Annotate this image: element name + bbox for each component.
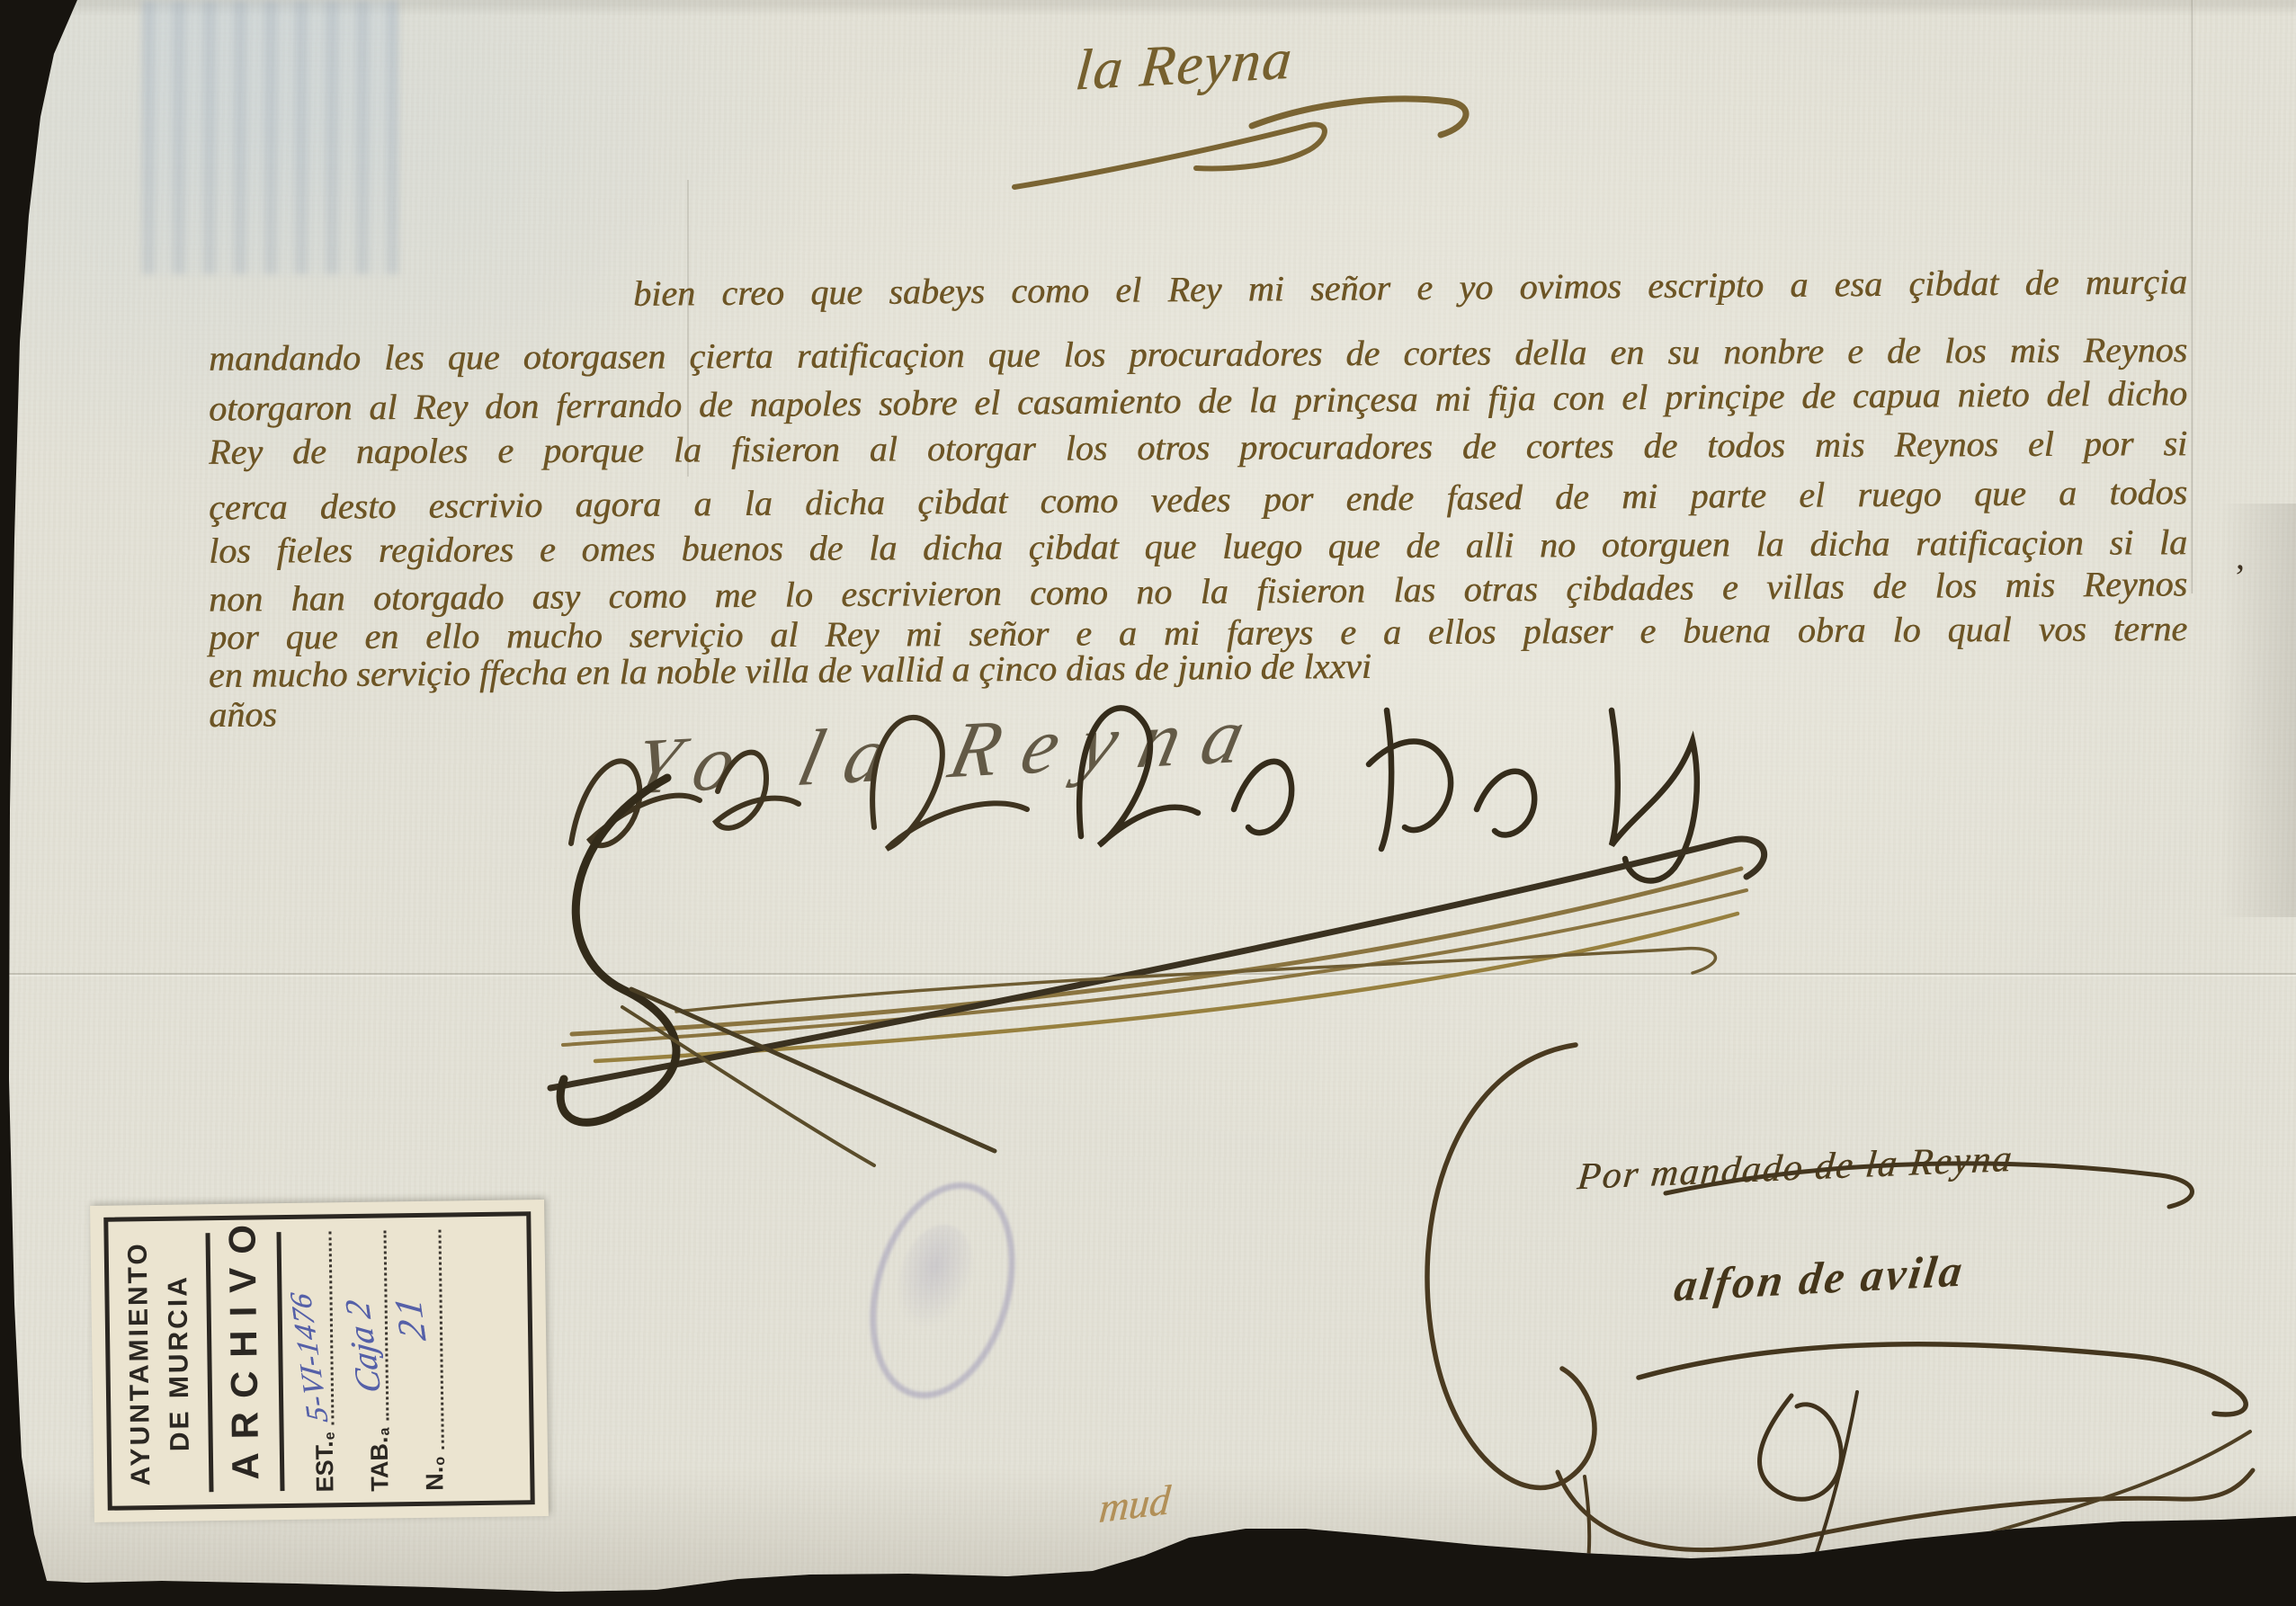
horizontal-fold-crease [0,973,2296,975]
archive-label-card: AYUNTAMIENTO DE MURCIA ARCHIVO EST.e 5-V… [90,1200,549,1522]
dotted-leader [438,1230,443,1450]
document-photo: la Reyna bien creo que sabeys como el Re… [0,0,2296,1606]
label-section-archivo: ARCHIVO [220,1230,267,1494]
archive-label-border: AYUNTAMIENTO DE MURCIA ARCHIVO EST.e 5-V… [103,1211,535,1511]
label-org-line2: DE MURCIA [162,1231,196,1494]
label-field-num-sup: o [433,1457,449,1466]
label-field-tab-caption: TAB. [366,1436,395,1491]
label-rule-bottom [276,1232,284,1491]
label-field-tab-sup: a [378,1427,394,1435]
label-field-num-caption: N. [421,1466,449,1490]
manuscript-paper: la Reyna bien creo que sabeys como el Re… [0,0,2296,1606]
handwritten-caja: Caja 2 [340,1299,388,1395]
label-field-est: EST.e 5-VI-1476 [308,1229,339,1492]
manuscript-line: mandando les que otorgasen çierta ratifi… [209,330,2187,379]
archive-ink-stamp-oval [846,1165,1039,1415]
secretary-rubric-flourishes [1367,1007,2296,1606]
manuscript-line: otorgaron al Rey don ferrando de napoles… [209,373,2187,428]
secretary-name-signature: alfon de avila [1672,1247,1967,1307]
handwritten-date: 5-VI-1476 [286,1291,334,1423]
manuscript-line: çerca desto escrivio agora a la dicha çi… [209,472,2187,527]
manuscript-line: Rey de napoles e porque la fisieron al o… [209,424,2187,472]
label-rule-top [206,1233,214,1492]
right-edge-fold-shadow [2220,504,2296,917]
stray-ink-tick: ’ [2234,556,2246,598]
archive-label: AYUNTAMIENTO DE MURCIA ARCHIVO EST.e 5-V… [93,1203,547,1520]
manuscript-line: los fieles regidores e omes buenos de la… [209,522,2187,571]
label-org-line1: AYUNTAMIENTO [122,1232,156,1494]
vertical-crease [2191,0,2193,593]
label-field-est-caption: EST. [311,1441,340,1492]
label-field-est-sup: e [323,1432,339,1440]
label-field-tab: TAB.a Caja 2 [362,1228,394,1491]
secretary-por-mandado-line: Por mandado de la Reyna [1576,1140,2015,1197]
label-field-num: N.o 21 [417,1228,449,1491]
manuscript-line: bien creo que sabeys como el Rey mi seño… [209,262,2187,317]
heading-flourish-strokes [1007,25,1511,214]
verso-label-showthrough [142,0,398,274]
handwritten-number: 21 [389,1293,433,1342]
bottom-edge-ink-fragment: mud [1097,1479,1172,1530]
